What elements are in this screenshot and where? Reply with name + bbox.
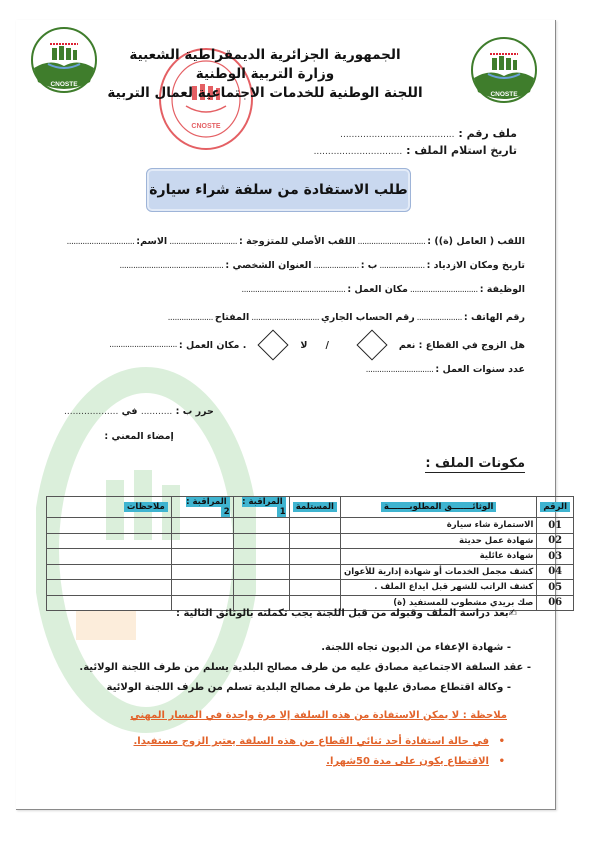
yes-checkbox[interactable] (356, 329, 387, 360)
birth-place-sep: ب : (361, 260, 378, 271)
signature-block: حرر ب : ........... في .................… (64, 406, 214, 442)
birth-place-field[interactable]: .................... (313, 261, 358, 271)
spouse-workplace-label: . مكان العمل : (179, 340, 246, 351)
header-institution: الجمهورية الجزائرية الديمقراطية الشعبية … (85, 46, 445, 103)
cnoste-logo-icon: CNOSTE (470, 36, 538, 104)
list-item: - شهادة الإعفاء من الديون تجاه اللجنة. (0, 638, 511, 658)
name-field[interactable]: .............................. (66, 237, 134, 247)
svg-text:CNOSTE: CNOSTE (191, 123, 221, 130)
file-meta: ملف رقم : ..............................… (314, 126, 517, 160)
address-field[interactable]: ........................................… (119, 261, 223, 271)
table-row: 04 كشف مجمل الخدمات أو شهادة إدارية للأع… (47, 564, 574, 580)
receipt-date-field[interactable]: ............................... (314, 147, 403, 157)
phone-label: رقم الهاتف : (464, 312, 525, 323)
spouse-sector-label: هل الزوج في القطاع : نعم (399, 340, 525, 351)
no-checkbox[interactable] (258, 329, 289, 360)
no-label: لا (300, 340, 307, 351)
svg-text:CNOSTE: CNOSTE (490, 91, 518, 98)
received-cell[interactable] (289, 580, 340, 596)
control-2-cell[interactable] (171, 549, 233, 565)
maiden-name-label: اللقب الأصلي للمتزوجة : (239, 236, 355, 247)
notes-cell[interactable] (47, 580, 172, 596)
control-1-cell[interactable] (233, 549, 289, 565)
written-at-field[interactable]: ........... (141, 407, 172, 417)
list-item: - عقد السلفة الاجتماعية مصادق عليه من طر… (0, 658, 531, 678)
key-label: المفتاح (215, 312, 249, 323)
remark-bullet: في حالة استفادة أحد ثنائي القطاع من هذه … (130, 732, 489, 752)
account-field[interactable]: .............................. (251, 313, 319, 323)
file-number-field[interactable]: ........................................ (340, 130, 454, 140)
surname-label: اللقب ( العامل (ة)) : (427, 236, 525, 247)
svg-text:CNOSTE: CNOSTE (50, 81, 78, 88)
document-page: CNOSTE CNOSTE CNOSTE الجمهورية الجزائرية… (16, 20, 556, 810)
birth-date-field[interactable]: .................... (379, 261, 424, 271)
table-row: 01 الاستمارة شاء سيارة (47, 518, 574, 534)
col-control-2: المراقبة : 2 (186, 497, 230, 517)
signature-label: إمضاء المعني : (64, 431, 174, 442)
received-cell[interactable] (289, 533, 340, 549)
control-2-cell[interactable] (171, 580, 233, 596)
col-notes: ملاحظات (124, 502, 168, 512)
table-header-row: الرقم الوثائـــــــق المطلوبـــــــة الم… (47, 497, 574, 518)
control-1-cell[interactable] (233, 580, 289, 596)
notes-cell[interactable] (47, 549, 172, 565)
col-documents: الوثائـــــــق المطلوبـــــــة (381, 502, 497, 512)
form-title: طلب الاستفادة من سلفة شراء سيارة (146, 168, 411, 212)
received-cell[interactable] (289, 564, 340, 580)
after-study-intro: ✍بعد دراسة الملف وقبوله من قبل اللجنة يج… (176, 608, 517, 619)
name-label: الاسم: (136, 236, 167, 247)
slash-separator: / (325, 340, 328, 351)
spouse-workplace-field[interactable]: .............................. (109, 340, 177, 350)
col-received: المستلمة (293, 502, 337, 512)
job-field[interactable]: .............................. (410, 285, 478, 295)
on-label: في (122, 406, 138, 417)
control-2-cell[interactable] (171, 518, 233, 534)
date-field[interactable]: ................... (64, 407, 118, 417)
control-1-cell[interactable] (233, 518, 289, 534)
workplace-field[interactable]: ........................................… (241, 285, 345, 295)
notes-cell[interactable] (47, 564, 172, 580)
written-at-label: حرر ب : (176, 406, 214, 417)
header-republic: الجمهورية الجزائرية الديمقراطية الشعبية (85, 46, 445, 65)
remark-label: ملاحظة : لا يمكن الاستفادة من هذه السلفة… (130, 706, 507, 726)
address-label: العنوان الشخصي : (225, 260, 311, 271)
control-1-cell[interactable] (233, 564, 289, 580)
documents-table: الرقم الوثائـــــــق المطلوبـــــــة الم… (46, 496, 574, 611)
key-field[interactable]: .................... (168, 313, 213, 323)
components-title: مكونات الملف : (425, 456, 525, 473)
control-1-cell[interactable] (233, 533, 289, 549)
phone-field[interactable]: .................... (417, 313, 462, 323)
file-number-label: ملف رقم : (458, 127, 517, 140)
notes-cell[interactable] (47, 533, 172, 549)
years-field[interactable]: .............................. (366, 365, 434, 375)
header-committee: اللجنة الوطنية للخدمات الاجتماعية لعمال … (85, 84, 445, 103)
after-study-list: - شهادة الإعفاء من الديون تجاه اللجنة. -… (0, 638, 511, 698)
birth-label: تاريخ ومكان الازدياد : (427, 260, 525, 271)
col-number: الرقم (540, 502, 570, 512)
list-item: - وكالة اقتطاع مصادق عليها من طرف مصالح … (0, 678, 511, 698)
table-row: 02 شهادة عمل حديثة (47, 533, 574, 549)
workplace-label: مكان العمل : (347, 284, 408, 295)
notes-cell[interactable] (47, 595, 172, 611)
maiden-name-field[interactable]: .............................. (169, 237, 237, 247)
received-cell[interactable] (289, 549, 340, 565)
col-control-1: المراقبة : 1 (242, 497, 286, 517)
years-label: عدد سنوات العمل : (435, 364, 525, 375)
remark-bullet: الاقتطاع يكون على مدة 50شهرا. (130, 752, 489, 772)
notes-cell[interactable] (47, 518, 172, 534)
table-row: 03 شهادة عائلية (47, 549, 574, 565)
table-row: 05 كشف الراتب للشهر قبل ايداع الملف . (47, 580, 574, 596)
receipt-date-label: تاريخ استلام الملف : (406, 144, 517, 157)
job-label: الوظيفة : (480, 284, 525, 295)
surname-field[interactable]: .............................. (357, 237, 425, 247)
remark-section: ملاحظة : لا يمكن الاستفادة من هذه السلفة… (130, 706, 507, 772)
control-2-cell[interactable] (171, 564, 233, 580)
control-2-cell[interactable] (171, 533, 233, 549)
header-ministry: وزارة التربية الوطنية (85, 65, 445, 84)
account-label: رقم الحساب الجاري (321, 312, 415, 323)
received-cell[interactable] (289, 518, 340, 534)
